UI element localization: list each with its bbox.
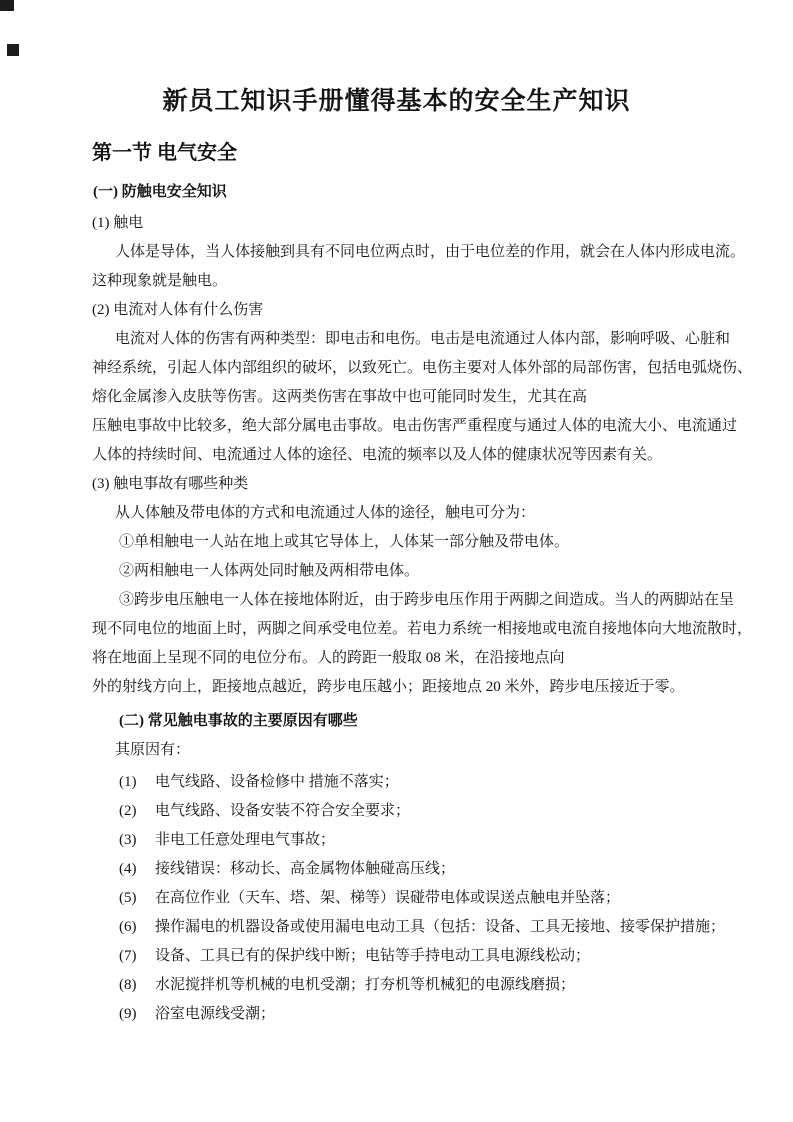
scan-artifact-mark <box>7 44 19 56</box>
list-item-number: (4) <box>119 855 155 884</box>
paragraph-line: 神经系统，引起人体内部组织的破坏，以致死亡。电伤主要对人体外部的局部伤害，包括电… <box>92 354 793 383</box>
list-item-number: (5) <box>119 884 155 913</box>
paragraph-line: 这种现象就是触电。 <box>92 267 793 296</box>
list-item-text: 水泥搅拌机等机械的电机受潮；打夯机等机械犯的电源线磨损； <box>155 977 575 993</box>
question-1-heading: (1) 触电 <box>92 209 793 238</box>
list-item: (2)电气线路、设备安装不符合安全要求； <box>92 797 793 826</box>
list-item-text: 电气线路、设备检修中 措施不落实； <box>155 774 399 790</box>
list-item-text: 设备、工具已有的保护线中断；电钻等手持电动工具电源线松动； <box>155 948 590 964</box>
list-item: (8)水泥搅拌机等机械的电机受潮；打夯机等机械犯的电源线磨损； <box>92 971 793 1000</box>
question-3-heading: (3) 触电事故有哪些种类 <box>92 470 793 499</box>
paragraph-line: 压触电事故中比较多，绝大部分属电击事故。电击伤害严重程度与通过人体的电流大小、电… <box>92 412 793 441</box>
paragraph-line: 熔化金属渗入皮肤等伤害。这两类伤害在事故中也可能同时发生，尤其在高 <box>92 383 793 412</box>
paragraph-line: 人体的持续时间、电流通过人体的途径、电流的频率以及人体的健康状况等因素有关。 <box>92 441 793 470</box>
list-item: (5)在高位作业（天车、塔、架、梯等）误碰带电体或误送点触电并坠落； <box>92 884 793 913</box>
bullet-line-3: ③跨步电压触电一人体在接地体附近，由于跨步电压作用于两脚之间造成。当人的两脚站在… <box>92 586 793 615</box>
section-1-heading: 第一节 电气安全 <box>92 140 793 166</box>
list-item-number: (7) <box>119 942 155 971</box>
part-1-heading: (一) 防触电安全知识 <box>93 182 793 203</box>
list-item-text: 操作漏电的机器设备或使用漏电电动工具（包括：设备、工具无接地、接零保护措施； <box>155 919 725 935</box>
paragraph-line: 将在地面上呈现不同的电位分布。人的跨距一般取 08 米，在沿接地点向 <box>92 644 793 673</box>
paragraph-line: 外的射线方向上，距接地点越近，跨步电压越小；距接地点 20 米外，跨步电压接近于… <box>92 673 793 702</box>
part-2-intro: 其原因有： <box>92 736 793 765</box>
list-item: (7)设备、工具已有的保护线中断；电钻等手持电动工具电源线松动； <box>92 942 793 971</box>
list-item: (6)操作漏电的机器设备或使用漏电电动工具（包括：设备、工具无接地、接零保护措施… <box>92 913 793 942</box>
list-item-text: 电气线路、设备安装不符合安全要求； <box>155 803 410 819</box>
list-item-text: 非电工任意处理电气事故； <box>155 832 335 848</box>
list-item-number: (8) <box>119 971 155 1000</box>
list-item-text: 浴室电源线受潮； <box>155 1006 275 1022</box>
list-item-number: (2) <box>119 797 155 826</box>
list-item-number: (6) <box>119 913 155 942</box>
document-title: 新员工知识手册懂得基本的安全生产知识 <box>0 0 793 118</box>
paragraph-line: 电流对人体的伤害有两种类型：即电击和电伤。电击是电流通过人体内部，影响呼吸、心脏… <box>92 325 793 354</box>
scan-artifact-mark <box>0 0 14 11</box>
part-2-heading: (二) 常见触电事故的主要原因有哪些 <box>92 707 793 736</box>
bullet-line-1: ①单相触电一人站在地上或其它导体上，人体某一部分触及带电体。 <box>92 528 793 557</box>
bullet-line-2: ②两相触电一人体两处同时触及两相带电体。 <box>92 557 793 586</box>
document-body: (1) 触电 人体是导体，当人体接触到具有不同电位两点时，由于电位差的作用，就会… <box>92 209 793 1029</box>
paragraph-line: 人体是导体，当人体接触到具有不同电位两点时，由于电位差的作用，就会在人体内形成电… <box>92 238 793 267</box>
list-item-text: 接线错误：移动长、高金属物体触碰高压线； <box>155 861 455 877</box>
list-item-number: (1) <box>119 768 155 797</box>
document-page: 新员工知识手册懂得基本的安全生产知识 第一节 电气安全 (一) 防触电安全知识 … <box>0 0 793 1122</box>
list-item: (9)浴室电源线受潮； <box>92 1000 793 1029</box>
list-item: (4)接线错误：移动长、高金属物体触碰高压线； <box>92 855 793 884</box>
paragraph-line: 从人体触及带电体的方式和电流通过人体的途径，触电可分为： <box>92 499 793 528</box>
list-item: (3)非电工任意处理电气事故； <box>92 826 793 855</box>
question-2-heading: (2) 电流对人体有什么伤害 <box>92 296 793 325</box>
cause-list: (1)电气线路、设备检修中 措施不落实； (2)电气线路、设备安装不符合安全要求… <box>92 768 793 1029</box>
list-item-text: 在高位作业（天车、塔、架、梯等）误碰带电体或误送点触电并坠落； <box>155 890 620 906</box>
list-item-number: (9) <box>119 1000 155 1029</box>
paragraph-line: 现不同电位的地面上时，两脚之间承受电位差。若电力系统一相接地或电流自接地体向大地… <box>92 615 793 644</box>
list-item: (1)电气线路、设备检修中 措施不落实； <box>92 768 793 797</box>
list-item-number: (3) <box>119 826 155 855</box>
